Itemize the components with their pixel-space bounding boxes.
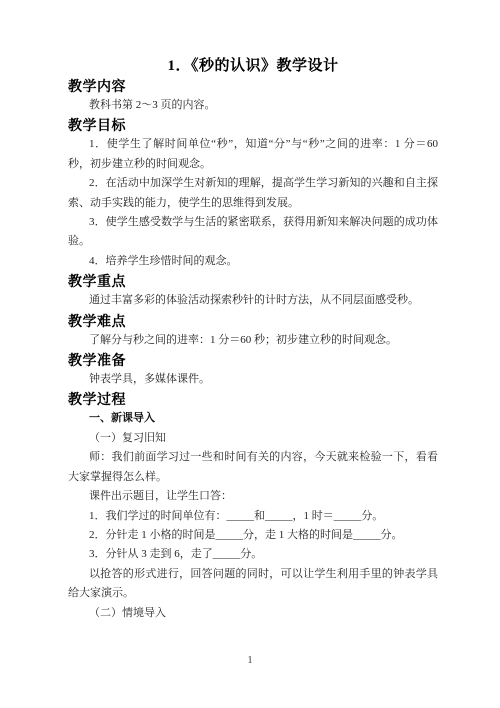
heading-teaching-process: 教学过程 <box>68 389 438 409</box>
page-content: 1．《秒的认识》教学设计 教学内容 教科书第 2～3 页的内容。 教学目标 1．… <box>68 0 438 623</box>
paragraph-goal-1: 1．使学生了解时间单位“秒”，知道“分”与“秒”之间的进率：1 分＝60 秒，初… <box>68 135 438 174</box>
paragraph-key-point: 通过丰富多彩的体验活动探索秒针的计时方法，从不同层面感受秒。 <box>68 291 438 310</box>
paragraph-goal-2: 2．在活动中加深学生对新知的理解，提高学生学习新知的兴趣和自主探索、动手实践的能… <box>68 174 438 213</box>
process-teacher-line: 师：我们前面学习过一些和时间有关的内容，今天就来检验一下，看看大家掌握得怎么样。 <box>68 448 438 487</box>
process-question-1: 1．我们学过的时间单位有：_____和_____，1 时＝_____分。 <box>68 507 438 526</box>
heading-teaching-key-point: 教学重点 <box>68 271 438 291</box>
process-unit-title: 一、新课导入 <box>68 409 438 428</box>
heading-teaching-difficulty: 教学难点 <box>68 311 438 331</box>
process-prompt: 课件出示题目，让学生口答： <box>68 487 438 506</box>
heading-teaching-preparation: 教学准备 <box>68 350 438 370</box>
paragraph-preparation: 钟表学具，多媒体课件。 <box>68 370 438 389</box>
process-note: 以抢答的形式进行，回答问题的同时，可以让学生利用手里的钟表学具给大家演示。 <box>68 565 438 604</box>
process-question-2: 2．分针走 1 小格的时间是_____分，走 1 大格的时间是_____分。 <box>68 526 438 545</box>
process-question-3: 3．分针从 3 走到 6，走了_____分。 <box>68 545 438 564</box>
doc-title: 1．《秒的认识》教学设计 <box>68 56 438 76</box>
heading-teaching-goals: 教学目标 <box>68 115 438 135</box>
paragraph-teaching-content: 教科书第 2～3 页的内容。 <box>68 96 438 115</box>
document-page: 1．《秒的认识》教学设计 教学内容 教科书第 2～3 页的内容。 教学目标 1．… <box>0 0 500 708</box>
paragraph-difficulty: 了解分与秒之间的进率：1 分＝60 秒；初步建立秒的时间观念。 <box>68 331 438 350</box>
page-number: 1 <box>0 654 500 668</box>
paragraph-goal-3: 3．使学生感受数学与生活的紧密联系，获得用新知来解决问题的成功体验。 <box>68 213 438 252</box>
heading-teaching-content: 教学内容 <box>68 76 438 96</box>
process-part2-title: （二）情境导入 <box>68 604 438 623</box>
paragraph-goal-4: 4．培养学生珍惜时间的观念。 <box>68 252 438 271</box>
process-part1-title: （一）复习旧知 <box>68 429 438 448</box>
